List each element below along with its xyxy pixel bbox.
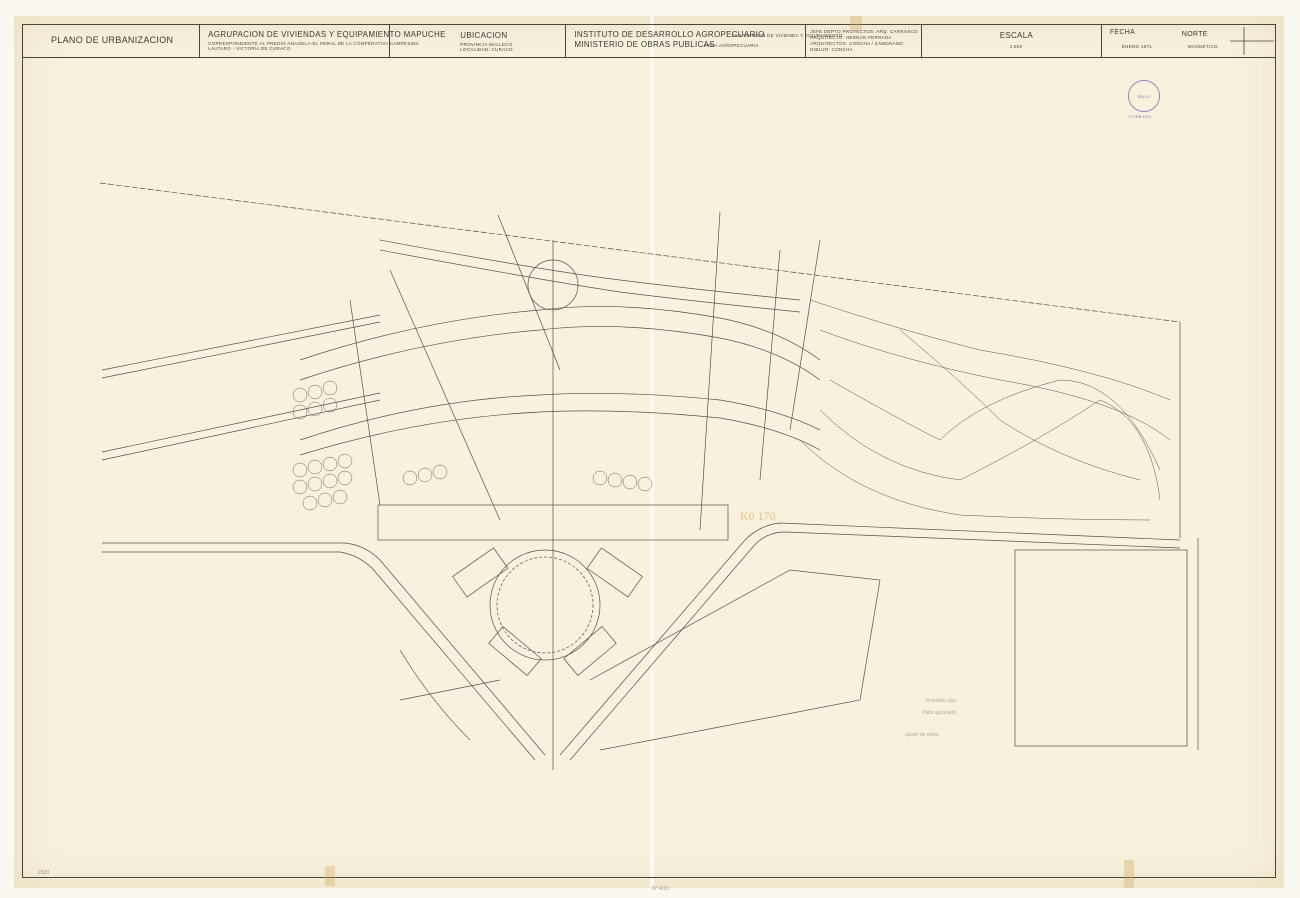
- approval-stamp: SELLO: [1128, 80, 1160, 112]
- sheet-number: N° 4/10: [652, 886, 669, 892]
- stamp-text: SELLO: [1138, 94, 1151, 99]
- paper-stain: [325, 866, 335, 886]
- pencil-note: ajuste de plano: [905, 732, 939, 738]
- stamp-date: 17 FEB 1971: [1128, 114, 1151, 119]
- property-boundary-line: [100, 183, 1180, 322]
- sheet-number: 2530: [38, 870, 49, 876]
- pencil-mark: K0 170: [740, 509, 776, 523]
- pencil-note: Patio agrupado: [922, 710, 956, 716]
- pencil-note: Viviendas tipo: [925, 698, 956, 704]
- paper-stain: [850, 16, 862, 30]
- site-plan-drawing: K0 170: [0, 0, 1300, 898]
- paper-stain: [1124, 860, 1134, 888]
